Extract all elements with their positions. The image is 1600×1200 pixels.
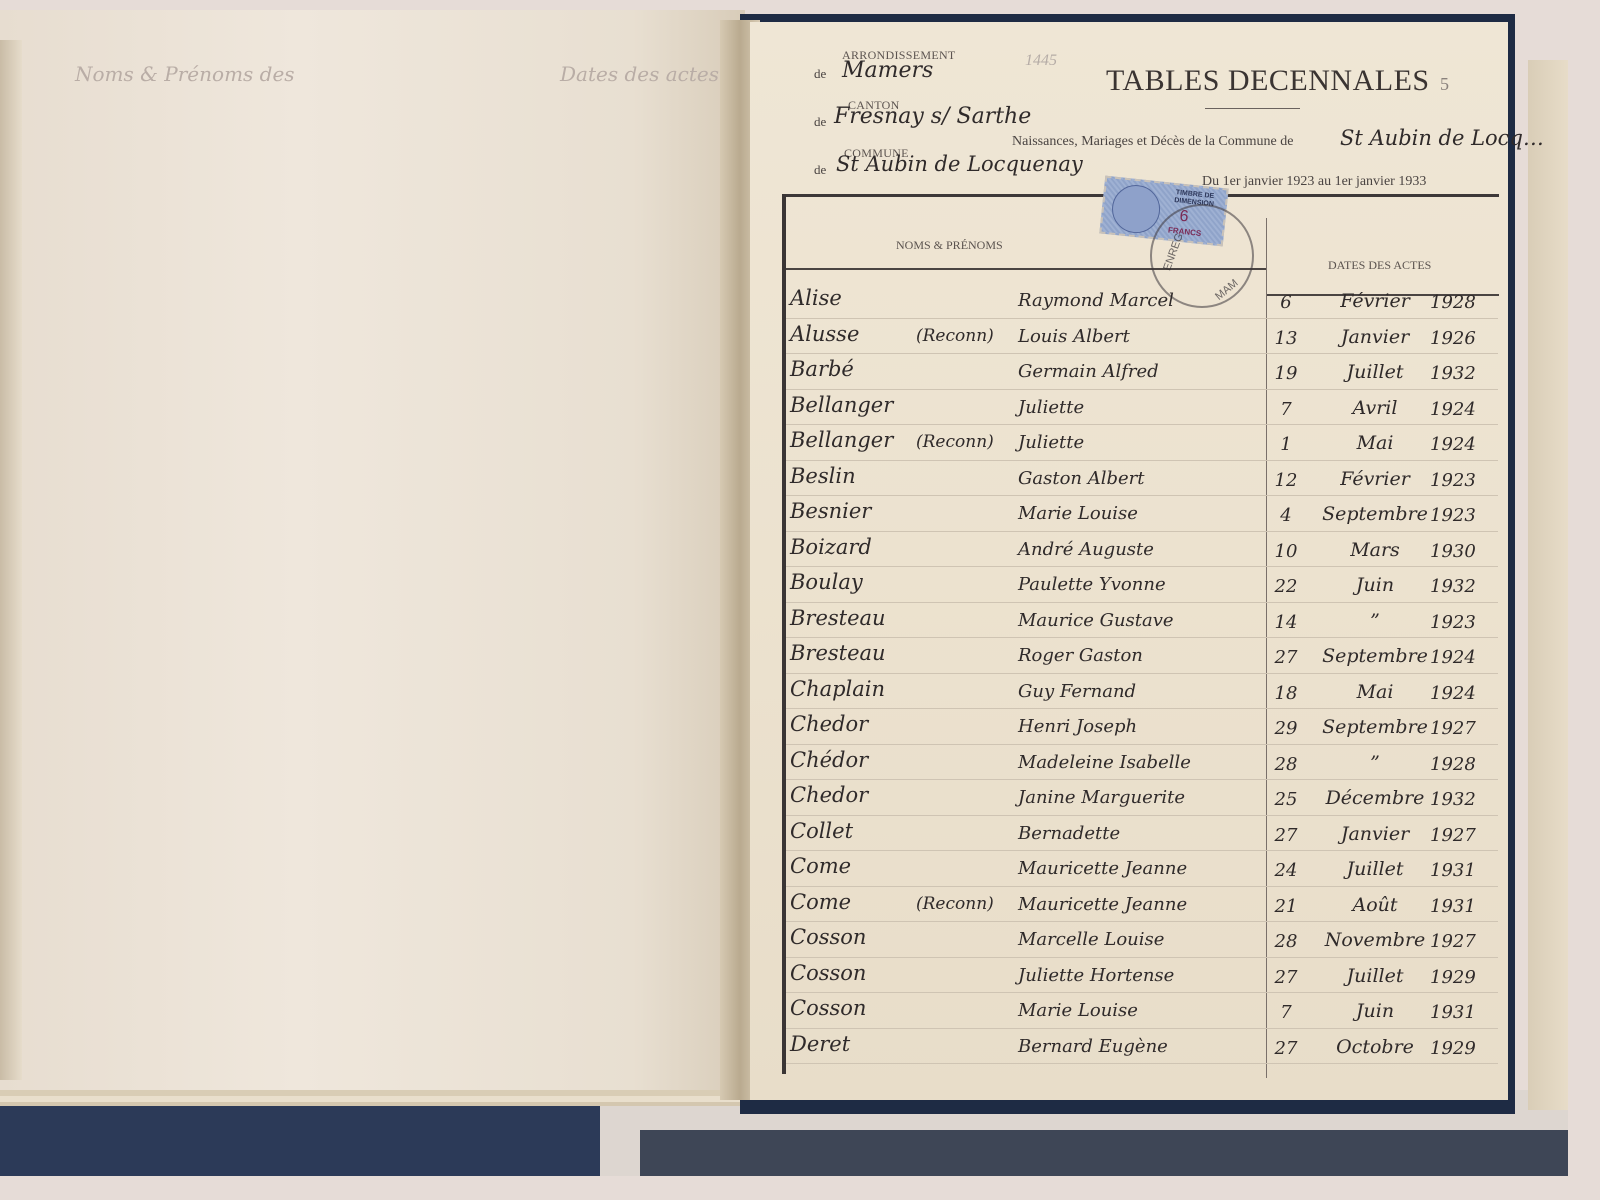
entry-year: 1924: [1430, 683, 1476, 704]
entry-given-names: Raymond Marcel: [1018, 290, 1174, 311]
entry-given-names: Juliette: [1018, 432, 1084, 453]
table-row: BellangerJuliette7Avril1924: [750, 391, 1508, 426]
entry-note: (Reconn): [916, 326, 994, 346]
entry-year: 1931: [1430, 860, 1476, 881]
entry-month: Janvier: [1310, 823, 1440, 845]
ruled-line: [786, 389, 1498, 390]
table-row: ChédorMadeleine Isabelle28”1928: [750, 746, 1508, 781]
entry-year: 1931: [1430, 1002, 1476, 1023]
entry-surname: Alise: [790, 286, 842, 310]
entry-surname: Boulay: [790, 570, 863, 594]
entry-surname: Bresteau: [790, 606, 886, 630]
entry-given-names: Madeleine Isabelle: [1018, 752, 1191, 773]
entry-surname: Cosson: [790, 961, 866, 985]
entry-day: 21: [1270, 896, 1302, 917]
entry-month: Novembre: [1310, 929, 1440, 951]
entry-year: 1927: [1430, 825, 1476, 846]
entry-note: (Reconn): [916, 894, 994, 914]
entry-note: (Reconn): [916, 432, 994, 452]
entry-given-names: Bernadette: [1018, 823, 1120, 844]
ruled-line: [786, 566, 1498, 567]
column-header-names: NOMS & PRÉNOMS: [896, 238, 1003, 253]
entry-given-names: Janine Marguerite: [1018, 787, 1185, 808]
entry-month: Mai: [1310, 432, 1440, 454]
entry-day: 27: [1270, 967, 1302, 988]
entry-surname: Chedor: [790, 783, 868, 807]
right-page: ARRONDISSEMENT de Mamers 1445 CANTON de …: [750, 22, 1508, 1100]
ruled-line: [786, 886, 1498, 887]
table-row: Alusse(Reconn)Louis Albert13Janvier1926: [750, 320, 1508, 355]
entry-month: Mars: [1310, 539, 1440, 561]
commune-value: St Aubin de Locquenay: [836, 152, 1083, 176]
stamp-medallion-icon: [1110, 183, 1163, 236]
entry-surname: Bellanger: [790, 428, 893, 452]
entry-day: 24: [1270, 860, 1302, 881]
entry-month: Septembre: [1310, 503, 1440, 525]
entry-month: Septembre: [1310, 645, 1440, 667]
entry-surname: Come: [790, 854, 851, 878]
table-row: ChedorJanine Marguerite25Décembre1932: [750, 781, 1508, 816]
entry-year: 1929: [1430, 1038, 1476, 1059]
adjacent-book-edge: [1528, 60, 1568, 1110]
entry-year: 1926: [1430, 328, 1476, 349]
entry-day: 29: [1270, 718, 1302, 739]
entry-year: 1927: [1430, 931, 1476, 952]
entry-day: 7: [1270, 399, 1302, 420]
ruled-line: [786, 850, 1498, 851]
entry-given-names: Louis Albert: [1018, 326, 1130, 347]
entry-day: 12: [1270, 470, 1302, 491]
subtitle-commune: St Aubin de Locq…: [1340, 126, 1544, 150]
entry-year: 1929: [1430, 967, 1476, 988]
entry-surname: Bresteau: [790, 641, 886, 665]
pencil-note: 1445: [1025, 52, 1057, 70]
entry-surname: Cosson: [790, 925, 866, 949]
entry-surname: Chédor: [790, 748, 868, 772]
entry-surname: Chaplain: [790, 677, 885, 701]
ruled-line: [786, 353, 1498, 354]
entry-month: Juin: [1310, 1000, 1440, 1022]
entry-day: 18: [1270, 683, 1302, 704]
ruled-line: [786, 424, 1498, 425]
entry-given-names: Paulette Yvonne: [1018, 574, 1166, 595]
entry-given-names: Marie Louise: [1018, 1000, 1138, 1021]
table-row: CossonJuliette Hortense27Juillet1929: [750, 959, 1508, 994]
entry-surname: Besnier: [790, 499, 871, 523]
ruled-line: [786, 1063, 1498, 1064]
entry-year: 1923: [1430, 470, 1476, 491]
table-row: BoizardAndré Auguste10Mars1930: [750, 533, 1508, 568]
entry-surname: Barbé: [790, 357, 854, 381]
entry-surname: Alusse: [790, 322, 859, 346]
entry-year: 1932: [1430, 363, 1476, 384]
ruled-line: [786, 815, 1498, 816]
entry-surname: Collet: [790, 819, 853, 843]
postmark-text-left: ENREG: [1161, 232, 1186, 273]
entry-given-names: Juliette: [1018, 397, 1084, 418]
table-row: CossonMarie Louise7Juin1931: [750, 994, 1508, 1029]
entry-year: 1932: [1430, 789, 1476, 810]
ruled-line: [786, 744, 1498, 745]
ruled-line: [786, 495, 1498, 496]
entry-surname: Deret: [790, 1032, 850, 1056]
table-row: BeslinGaston Albert12Février1923: [750, 462, 1508, 497]
date-range: Du 1er janvier 1923 au 1er janvier 1933: [1202, 174, 1426, 190]
entry-day: 28: [1270, 754, 1302, 775]
arrondissement-prefix: de: [814, 66, 826, 82]
page-stack-edge: [0, 40, 22, 1080]
entry-month: Juillet: [1310, 858, 1440, 880]
entry-surname: Beslin: [790, 464, 856, 488]
table-row: BresteauMaurice Gustave14”1923: [750, 604, 1508, 639]
entry-given-names: Maurice Gustave: [1018, 610, 1174, 631]
entry-day: 10: [1270, 541, 1302, 562]
entry-given-names: Gaston Albert: [1018, 468, 1145, 489]
entry-day: 14: [1270, 612, 1302, 633]
entry-year: 1927: [1430, 718, 1476, 739]
entry-day: 27: [1270, 647, 1302, 668]
table-row: CossonMarcelle Louise28Novembre1927: [750, 923, 1508, 958]
entry-month: Janvier: [1310, 326, 1440, 348]
entry-given-names: Mauricette Jeanne: [1018, 894, 1187, 915]
entry-year: 1928: [1430, 754, 1476, 775]
title-underline: [1205, 108, 1300, 109]
entry-given-names: Henri Joseph: [1018, 716, 1137, 737]
entry-day: 19: [1270, 363, 1302, 384]
entry-month: Octobre: [1310, 1036, 1440, 1058]
ruled-line: [786, 992, 1498, 993]
entry-given-names: Marie Louise: [1018, 503, 1138, 524]
entry-given-names: Juliette Hortense: [1018, 965, 1174, 986]
folio-number: 5: [1440, 74, 1449, 95]
entry-year: 1928: [1430, 292, 1476, 313]
table-row: ColletBernadette27Janvier1927: [750, 817, 1508, 852]
table-row: ChaplainGuy Fernand18Mai1924: [750, 675, 1508, 710]
entry-day: 27: [1270, 825, 1302, 846]
ruled-line: [786, 957, 1498, 958]
entry-given-names: Bernard Eugène: [1018, 1036, 1168, 1057]
entry-month: Mai: [1310, 681, 1440, 703]
ruled-line: [786, 921, 1498, 922]
entry-month: ”: [1310, 610, 1440, 632]
table-row: BoulayPaulette Yvonne22Juin1932: [750, 568, 1508, 603]
entry-month: Décembre: [1310, 787, 1440, 809]
ruled-line: [786, 602, 1498, 603]
entry-year: 1923: [1430, 612, 1476, 633]
entry-day: 28: [1270, 931, 1302, 952]
subtitle-text: Naissances, Mariages et Décès de la Comm…: [1012, 134, 1293, 150]
entry-given-names: Guy Fernand: [1018, 681, 1136, 702]
entry-year: 1924: [1430, 434, 1476, 455]
entry-surname: Bellanger: [790, 393, 893, 417]
left-page-faint-header-dates: Dates des actes: [560, 62, 719, 86]
entry-month: Février: [1310, 290, 1440, 312]
entry-given-names: André Auguste: [1018, 539, 1154, 560]
canton-prefix: de: [814, 114, 826, 130]
entry-year: 1924: [1430, 647, 1476, 668]
commune-prefix: de: [814, 162, 826, 178]
ruled-line: [786, 637, 1498, 638]
ruled-line: [786, 1028, 1498, 1029]
ruled-line: [786, 318, 1498, 319]
entry-day: 27: [1270, 1038, 1302, 1059]
entry-month: Juin: [1310, 574, 1440, 596]
entry-month: ”: [1310, 752, 1440, 774]
table-row: Come(Reconn)Mauricette Jeanne21Août1931: [750, 888, 1508, 923]
arrondissement-value: Mamers: [842, 58, 933, 83]
entry-month: Avril: [1310, 397, 1440, 419]
entry-year: 1930: [1430, 541, 1476, 562]
entry-month: Septembre: [1310, 716, 1440, 738]
entry-day: 22: [1270, 576, 1302, 597]
entry-month: Février: [1310, 468, 1440, 490]
ruled-line: [786, 460, 1498, 461]
entry-year: 1931: [1430, 896, 1476, 917]
document-title: TABLES DECENNALES: [1106, 64, 1430, 98]
entry-surname: Come: [790, 890, 851, 914]
table-row: DeretBernard Eugène27Octobre1929: [750, 1030, 1508, 1065]
entry-day: 25: [1270, 789, 1302, 810]
table-row: ComeMauricette Jeanne24Juillet1931: [750, 852, 1508, 887]
table-row: Bellanger(Reconn)Juliette1Mai1924: [750, 426, 1508, 461]
table-row: BresteauRoger Gaston27Septembre1924: [750, 639, 1508, 674]
ruled-line: [786, 779, 1498, 780]
ruled-line: [786, 673, 1498, 674]
left-page-faint-header-names: Noms & Prénoms des: [75, 62, 295, 86]
entry-day: 6: [1270, 292, 1302, 313]
entry-given-names: Mauricette Jeanne: [1018, 858, 1187, 879]
entry-year: 1923: [1430, 505, 1476, 526]
column-header-dates: DATES DES ACTES: [1328, 258, 1431, 273]
entry-month: Juillet: [1310, 965, 1440, 987]
ruled-line: [786, 708, 1498, 709]
ruled-line: [786, 531, 1498, 532]
entry-day: 4: [1270, 505, 1302, 526]
canton-value: Fresnay s/ Sarthe: [834, 104, 1031, 129]
entry-given-names: Germain Alfred: [1018, 361, 1159, 382]
entry-surname: Boizard: [790, 535, 872, 559]
entry-month: Juillet: [1310, 361, 1440, 383]
entry-day: 1: [1270, 434, 1302, 455]
table-shadow: [640, 1130, 1568, 1176]
entry-surname: Cosson: [790, 996, 866, 1020]
table-row: AliseRaymond Marcel6Février1928: [750, 284, 1508, 319]
table-row: ChedorHenri Joseph29Septembre1927: [750, 710, 1508, 745]
entry-surname: Chedor: [790, 712, 868, 736]
entry-year: 1924: [1430, 399, 1476, 420]
table-row: BarbéGermain Alfred19Juillet1932: [750, 355, 1508, 390]
entry-day: 13: [1270, 328, 1302, 349]
entry-month: Août: [1310, 894, 1440, 916]
entry-given-names: Marcelle Louise: [1018, 929, 1164, 950]
left-page: Noms & Prénoms des Dates des actes: [0, 10, 745, 1096]
entry-given-names: Roger Gaston: [1018, 645, 1143, 666]
table-row: BesnierMarie Louise4Septembre1923: [750, 497, 1508, 532]
entry-year: 1932: [1430, 576, 1476, 597]
entry-day: 7: [1270, 1002, 1302, 1023]
